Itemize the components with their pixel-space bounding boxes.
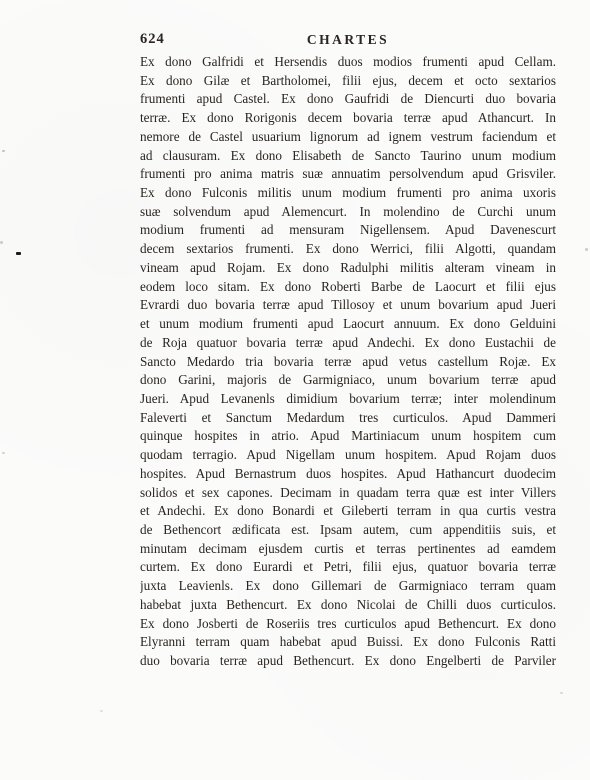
text-line: hospites. Apud Bernastrum duos hospites.… (140, 465, 556, 484)
text-line: Evrardi duo bovaria terræ apud Tillosoy … (140, 296, 556, 315)
text-line: duo bovaria terræ apud Bethencurt. Ex do… (140, 652, 556, 671)
text-line: vineam apud Rojam. Ex dono Radulphi mili… (140, 259, 556, 278)
text-line: solidos et sex capones. Decimam in quada… (140, 484, 556, 503)
scan-speck (100, 710, 103, 712)
text-line: quodam terragio. Apud Nigellam unum hosp… (140, 446, 556, 465)
scan-speck (0, 241, 3, 244)
text-line: eodem loco sitam. Ex dono Roberti Barbe … (140, 278, 556, 297)
text-line: frumenti pro anima matris suæ annuatim p… (140, 165, 556, 184)
body-text: Ex dono Galfridi et Hersendis duos modio… (140, 53, 556, 671)
text-line: Sancto Medardo tria bovaria terræ apud v… (140, 353, 556, 372)
text-line: minutam decimam ejusdem curtis et terras… (140, 540, 556, 559)
text-line: ad clausuram. Ex dono Elisabeth de Sanct… (140, 147, 556, 166)
text-line: Ex dono Fulconis militis unum modium fru… (140, 184, 556, 203)
text-line: suæ solvendum apud Alemencurt. In molend… (140, 203, 556, 222)
text-line: decem sextarios frumenti. Ex dono Werric… (140, 240, 556, 259)
text-line: Ex dono Josberti de Roseriis tres curtic… (140, 615, 556, 634)
scan-speck (16, 252, 21, 255)
text-line: curtem. Ex dono Eurardi et Petri, filii … (140, 558, 556, 577)
text-line: Ex dono Gilæ et Bartholomei, filii ejus,… (140, 72, 556, 91)
text-line: frumenti apud Castel. Ex dono Gaufridi d… (140, 90, 556, 109)
text-line: Ex dono Galfridi et Hersendis duos modio… (140, 53, 556, 72)
text-line: juxta Leavienls. Ex dono Gillemari de Ga… (140, 577, 556, 596)
running-title: CHARTES (140, 32, 556, 48)
text-line: habebat juxta Bethencurt. Ex dono Nicola… (140, 596, 556, 615)
text-line: de Bethencort ædificata est. Ipsam autem… (140, 521, 556, 540)
text-line: de Roja quatuor bovaria terræ apud Andec… (140, 334, 556, 353)
text-line: terræ. Ex dono Rorigonis decem bovaria t… (140, 109, 556, 128)
text-line: Faleverti et Sanctum Medardum tres curti… (140, 409, 556, 428)
scan-speck (2, 150, 5, 152)
scan-speck (2, 452, 5, 454)
page-header: 624 CHARTES (140, 31, 556, 51)
scan-speck (585, 248, 588, 251)
text-line: dono Garini, majoris de Garmigniaco, unu… (140, 371, 556, 390)
text-line: quinque hospites in atrio. Apud Martinia… (140, 427, 556, 446)
text-line: et Andechi. Ex dono Bonardi et Gileberti… (140, 502, 556, 521)
text-line: Elyranni terram quam habebat apud Buissi… (140, 633, 556, 652)
text-line: nemore de Castel usuarium lignorum ad ig… (140, 128, 556, 147)
text-line: modium frumenti ad mensuram Nigellensem.… (140, 221, 556, 240)
text-line: Jueri. Apud Levanenls dimidium bovarium … (140, 390, 556, 409)
scan-speck (560, 692, 563, 694)
text-line: et unum modium frumenti apud Laocurt ann… (140, 315, 556, 334)
scanned-book-page: 624 CHARTES Ex dono Galfridi et Hersendi… (0, 0, 590, 780)
